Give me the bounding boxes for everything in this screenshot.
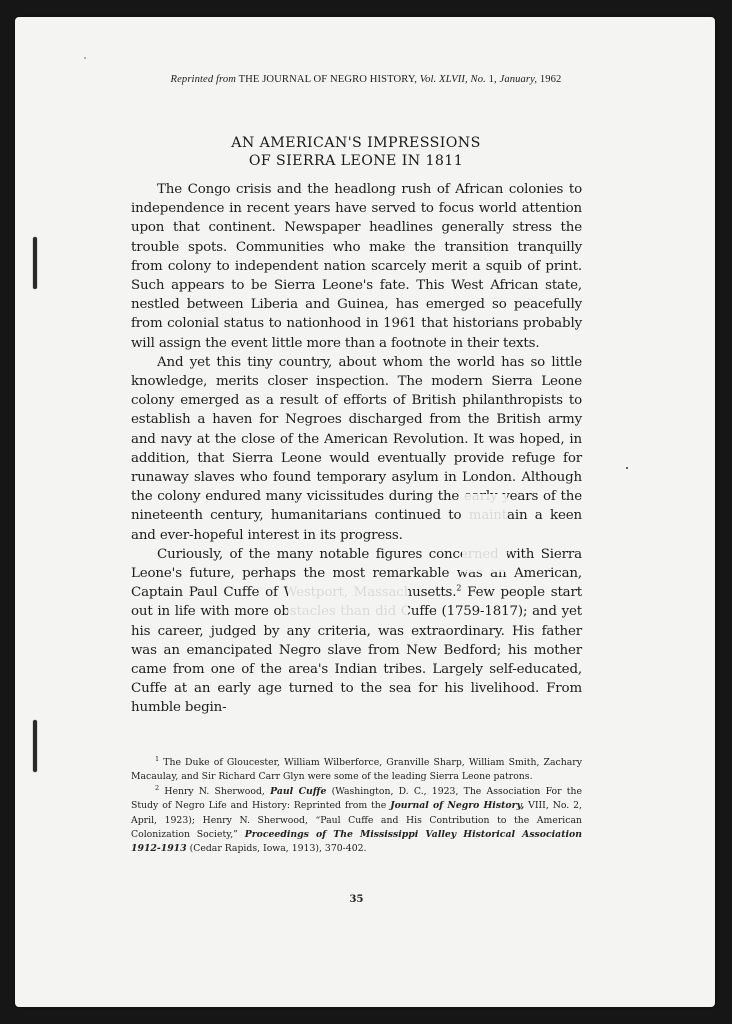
paragraph-2: And yet this tiny country, about whom th… (131, 353, 582, 545)
issue-year: 1962 (540, 74, 562, 85)
footnote-marker: 2 (155, 784, 159, 792)
footnote-ref-2: 2 (456, 584, 461, 593)
scan-speck (84, 57, 86, 59)
issue-number: 1, (489, 74, 497, 85)
article-title: AN AMERICAN'S IMPRESSIONS OF SIERRA LEON… (131, 134, 581, 170)
running-head: Reprinted from THE JOURNAL OF NEGRO HIST… (121, 74, 611, 85)
footnote-2: 2 Henry N. Sherwood, Paul Cuffe (Washing… (131, 785, 582, 857)
reprint-prefix: Reprinted from (171, 74, 236, 85)
page-sheet: Reprinted from THE JOURNAL OF NEGRO HIST… (15, 17, 715, 1007)
scan-speck (626, 467, 628, 469)
binding-hole-mark (33, 720, 37, 772)
paragraph-1: The Congo crisis and the headlong rush o… (131, 180, 582, 353)
footnote-text: Henry N. Sherwood, (164, 786, 265, 797)
cited-title: Journal of Negro History, (390, 800, 524, 811)
title-line-1: AN AMERICAN'S IMPRESSIONS (131, 134, 581, 152)
footnotes: 1 The Duke of Gloucester, William Wilber… (131, 756, 582, 857)
footnote-marker: 1 (155, 755, 159, 763)
volume-label: Vol. XLVII, No. (420, 74, 486, 85)
title-line-2: OF SIERRA LEONE IN 1811 (131, 152, 581, 170)
faded-print-area (288, 580, 408, 620)
issue-month: January, (500, 74, 538, 85)
footnote-text: (Cedar Rapids, Iowa, 1913), 370-402. (190, 843, 367, 854)
journal-name: THE JOURNAL OF NEGRO HISTORY, (239, 74, 417, 85)
article-body: The Congo crisis and the headlong rush o… (131, 180, 582, 718)
scanned-document: Reprinted from THE JOURNAL OF NEGRO HIST… (0, 0, 732, 1024)
paragraph-3: Curiously, of the many notable figures c… (131, 545, 582, 718)
footnote-1: 1 The Duke of Gloucester, William Wilber… (131, 756, 582, 785)
cited-title: Paul Cuffe (270, 786, 326, 797)
faded-print-area (462, 494, 507, 572)
page-number: 35 (131, 894, 582, 905)
footnote-text: The Duke of Gloucester, William Wilberfo… (131, 757, 582, 782)
binding-hole-mark (33, 237, 37, 289)
